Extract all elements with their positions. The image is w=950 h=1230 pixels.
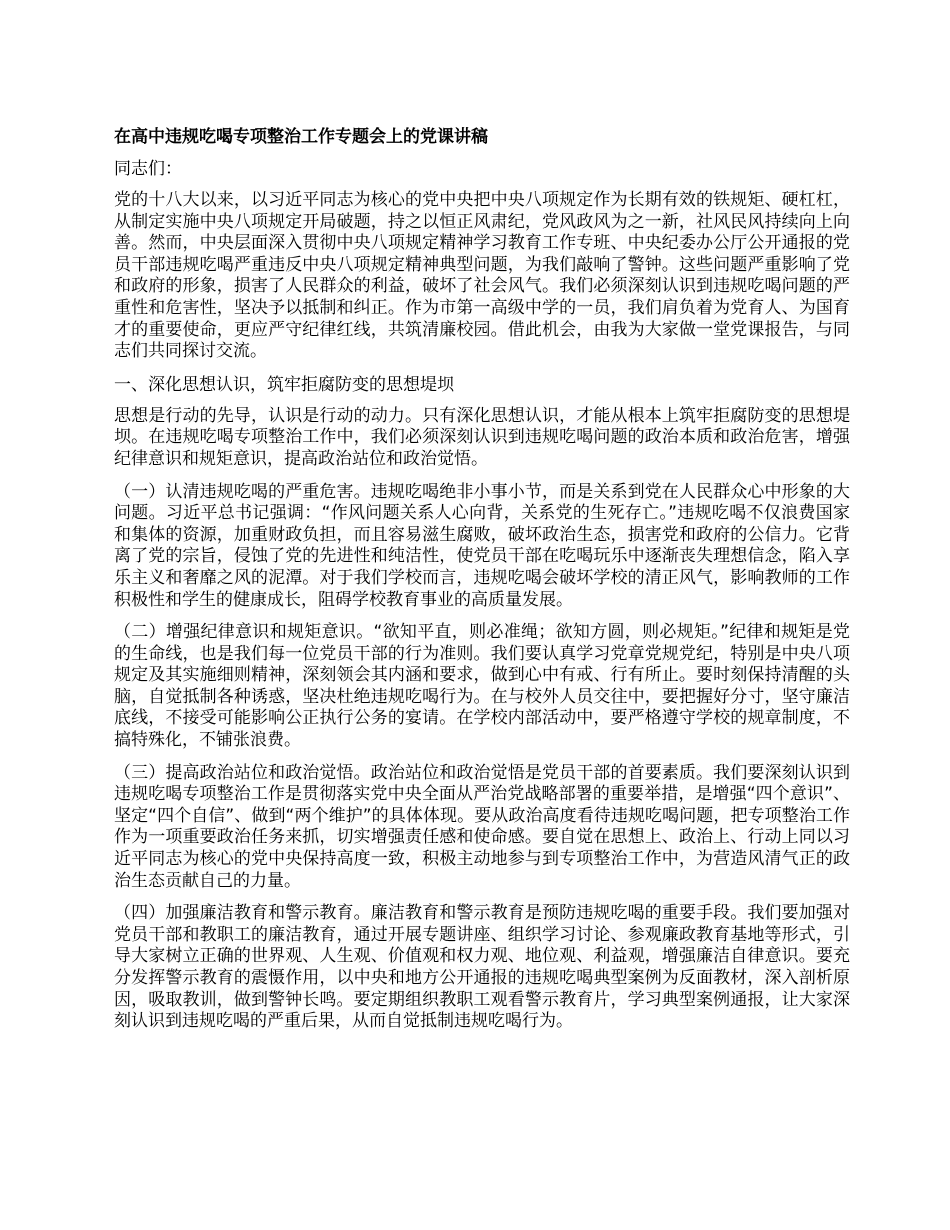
intro-paragraph: 党的十八大以来，以习近平同志为核心的党中央把中央八项规定作为长期有效的铁规矩、硬… — [114, 190, 850, 363]
section-heading-1: 一、深化思想认识，筑牢拒腐防变的思想堤坝 — [114, 374, 850, 396]
point-4-paragraph: （四）加强廉洁教育和警示教育。廉洁教育和警示教育是预防违规吃喝的重要手段。我们要… — [114, 903, 850, 1033]
salutation: 同志们： — [114, 158, 850, 180]
point-1-paragraph: （一）认清违规吃喝的严重危害。违规吃喝绝非小事小节，而是关系到党在人民群众心中形… — [114, 482, 850, 612]
document-page: 在高中违规吃喝专项整治工作专题会上的党课讲稿 同志们： 党的十八大以来，以习近平… — [114, 126, 850, 1044]
section-1-intro-paragraph: 思想是行动的先导，认识是行动的动力。只有深化思想认识，才能从根本上筑牢拒腐防变的… — [114, 406, 850, 471]
point-3-paragraph: （三）提高政治站位和政治觉悟。政治站位和政治觉悟是党员干部的首要素质。我们要深刻… — [114, 763, 850, 893]
document-title: 在高中违规吃喝专项整治工作专题会上的党课讲稿 — [114, 126, 850, 148]
point-2-paragraph: （二）增强纪律意识和规矩意识。“欲知平直，则必准绳；欲知方圆，则必规矩。”纪律和… — [114, 622, 850, 752]
